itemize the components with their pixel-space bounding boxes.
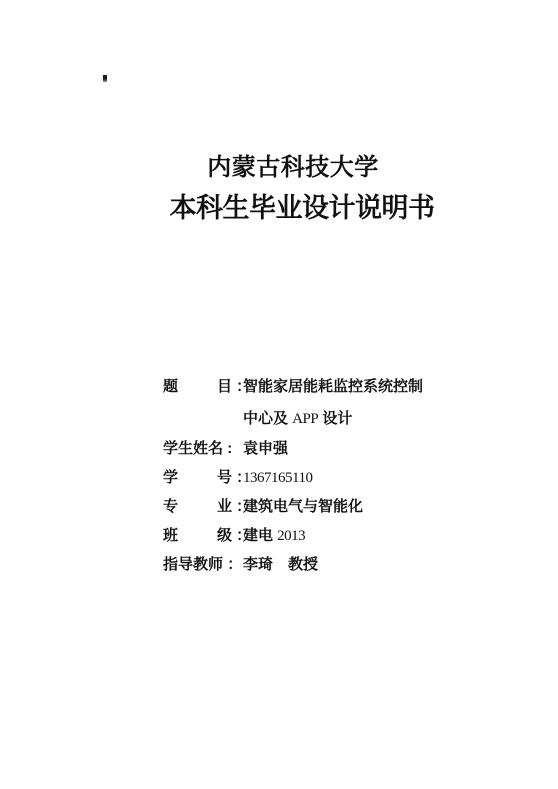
student-name-label: 学生姓名: [163, 439, 223, 459]
document-type-title: 本科生毕业设计说明书: [23, 193, 558, 224]
field-row-topic: 题 目 ： 智能家居能耗监控系统控制: [163, 377, 251, 397]
student-id-label-first-char: 学: [163, 468, 178, 488]
student-id-label-last-char: 号: [217, 468, 232, 488]
student-name-colon: :: [227, 439, 232, 459]
major-label-first-char: 专: [163, 497, 178, 517]
field-row-topic-line2: 中心及 APP 设计: [243, 409, 352, 429]
field-row-student-id: 学 号 ： 1367165110: [163, 468, 251, 488]
ink-speck: [103, 75, 107, 82]
field-row-student-name: 学生姓名 : 袁申强: [163, 439, 232, 459]
topic-value-line2-cn1: 中心及: [243, 410, 292, 427]
topic-value-line1: 智能家居能耗监控系统控制: [243, 377, 423, 397]
advisor-label: 指导教师: [163, 555, 223, 575]
student-name-value: 袁申强: [243, 439, 288, 459]
student-id-label: 学 号: [163, 468, 232, 488]
class-value-cn: 建电: [243, 527, 277, 544]
class-label-first-char: 班: [163, 526, 178, 546]
topic-label-first-char: 题: [163, 377, 178, 397]
topic-value-line2-latin: APP: [292, 411, 318, 427]
topic-value-line2-cn2: 设计: [318, 410, 352, 427]
major-label: 专 业: [163, 497, 232, 517]
major-label-last-char: 业: [217, 497, 232, 517]
university-title: 内蒙古科技大学: [14, 155, 558, 181]
topic-label-last-char: 目: [217, 377, 232, 397]
topic-label: 题 目: [163, 377, 232, 397]
thesis-cover-page: 内蒙古科技大学 本科生毕业设计说明书 题 目 ： 智能家居能耗监控系统控制 中心…: [0, 0, 558, 789]
student-id-value: 1367165110: [243, 468, 312, 488]
advisor-value: 李琦 教授: [243, 555, 318, 575]
class-value: 建电 2013: [243, 526, 305, 546]
class-value-number: 2013: [277, 528, 305, 544]
field-row-class: 班 级 ： 建电 2013: [163, 526, 251, 546]
class-label-last-char: 级: [217, 526, 232, 546]
advisor-colon: ：: [227, 555, 242, 575]
major-value: 建筑电气与智能化: [243, 497, 363, 517]
field-row-advisor: 指导教师 ： 李琦 教授: [163, 555, 242, 575]
class-label: 班 级: [163, 526, 232, 546]
field-row-major: 专 业 ： 建筑电气与智能化: [163, 497, 251, 517]
